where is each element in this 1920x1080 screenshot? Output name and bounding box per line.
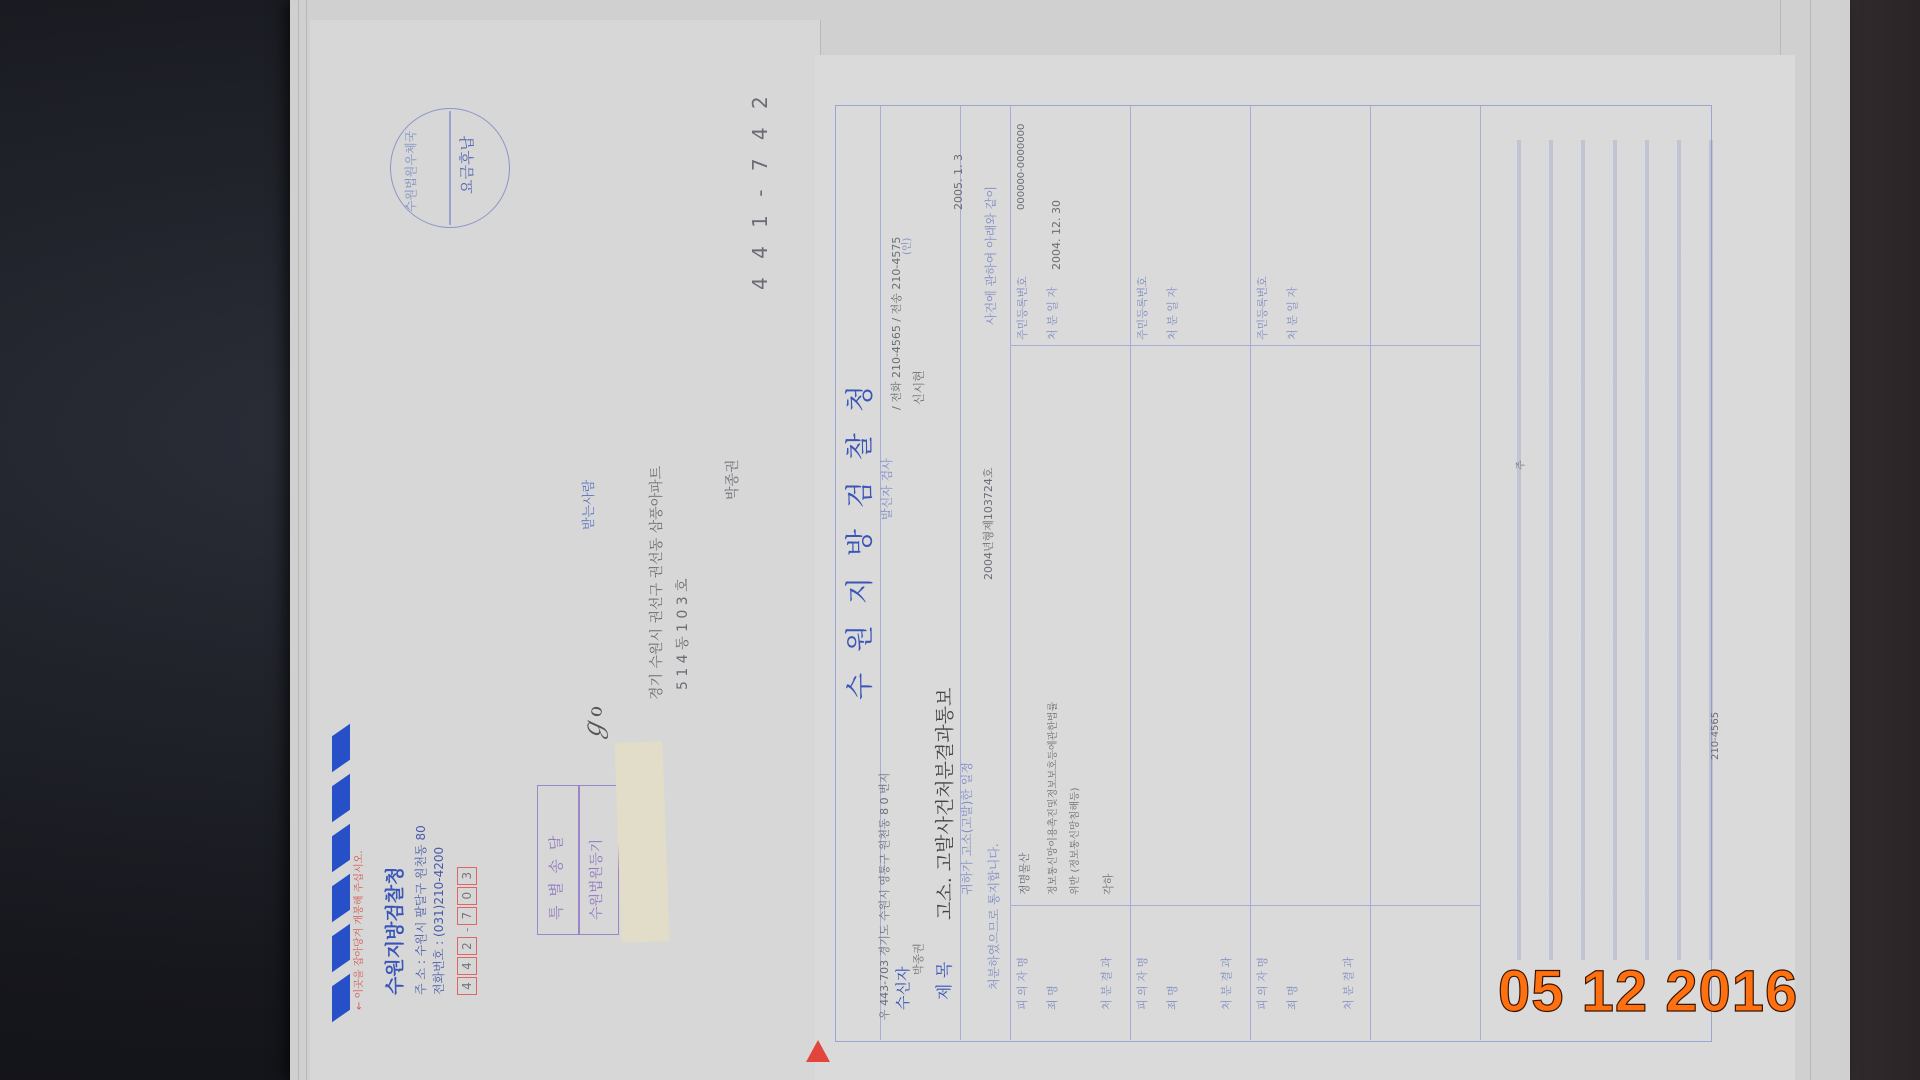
charge-label: 죄 명 [1044, 985, 1060, 1010]
subject-text: 고소. 고발사건처분결과통보 [930, 688, 957, 920]
notice-recipient-name: 박종권 [910, 943, 926, 975]
notice-sender-role: 발신자 검사 [878, 458, 895, 520]
official-seal: (인) [898, 238, 913, 255]
postage-stamp-office: 수원법원우체국 [402, 131, 419, 212]
postal-digit: 3 [457, 867, 477, 885]
disposal-date-label: 처 분 일 자 [1284, 287, 1300, 340]
barcode-sticker [615, 741, 670, 943]
intro-line: 귀하가 고소(고발)한 일정 [958, 762, 975, 895]
postal-digit: 4 [457, 977, 477, 995]
tear-instruction[interactable]: ← 이곳을 잡아당겨 개봉해 주십시오. [350, 850, 365, 1010]
disposal-date-label: 처 분 일 자 [1164, 287, 1180, 340]
recipient-postal-code: 4 4 1 - 7 4 2 [748, 90, 772, 290]
recipient-address-line2: 5 1 4 동 1 0 3 호 [672, 578, 692, 690]
disposal-date-label: 처 분 일 자 [1044, 287, 1060, 340]
result-value: 각하 [1100, 874, 1116, 895]
subject-label: 제 목 [930, 962, 955, 1000]
stamp-divider [449, 111, 451, 225]
handwritten-mark: ℊℴ [573, 705, 610, 743]
notice-phone-row: / 전화 210-4565 / 전송 210-4575 [888, 237, 904, 410]
sender-address-row: 주 소 : 수원시 팔달구 원천동 80 [412, 825, 429, 995]
registered-mail-label: 수원법원등기 [586, 839, 606, 920]
sender-postal-code: 442-703 [456, 865, 477, 995]
footer-notes [1495, 140, 1715, 960]
notice-statement: 처분하였으므로 통지합니다. [985, 843, 1002, 990]
recipient-address-line1: 경기 수원시 권선구 권선동 삼풍아파트 [646, 466, 666, 700]
form-rule [1010, 345, 1480, 346]
footer-mark: 주 [1512, 460, 1527, 470]
result-label: 처 분 결 과 [1098, 957, 1114, 1010]
form-rule [1370, 105, 1371, 1040]
sender-phone-label: 전화번호 : [432, 941, 446, 995]
resident-no-value: 000000-0000000 [1016, 124, 1027, 210]
case-phrase: 사건에 관하여 아래와 같이 [982, 186, 999, 325]
notice-date: 2005. 1. 3 [952, 154, 965, 210]
sender-phone: (031)210-4200 [432, 847, 446, 937]
stamp-divider [578, 786, 580, 934]
charge-value: 정보통신망이용촉진및정보보호등에관한법률 [1044, 702, 1059, 895]
fax-label: / 전송 [890, 293, 903, 321]
form-rule [1250, 105, 1251, 1040]
recipient-label: 받는사람 [578, 480, 597, 530]
sender-address: 수원시 팔달구 원천동 80 [414, 825, 428, 956]
notice-sender-name: 신시현 [910, 370, 927, 405]
red-corner-mark [806, 1040, 830, 1062]
paper-edge [306, 0, 307, 1080]
form-rule [1130, 105, 1131, 1040]
phone-value: 210-4565 [890, 325, 903, 378]
postal-digit: 7 [457, 907, 477, 925]
sender-name: 수원지방검찰청 [380, 867, 407, 995]
form-rule [1010, 105, 1011, 1040]
suspect-value: 정명물산 [1016, 852, 1032, 895]
postage-stamp-label: 요금후납 [456, 136, 477, 194]
result-label: 처 분 결 과 [1340, 957, 1356, 1010]
postal-digit: 4 [457, 957, 477, 975]
suspect-label: 피 의 자 명 [1134, 957, 1150, 1010]
sender-address-line: 우 443-703 경기도 수원시 영통구 원천동 8 0 번지 [876, 773, 892, 1020]
agency-title: 수 원 지 방 검 찰 청 [838, 379, 878, 700]
postal-dash: - [460, 928, 474, 932]
resident-no-label: 주민등록번호 [1134, 276, 1150, 340]
paper-edge [1810, 0, 1811, 1080]
form-rule [960, 105, 961, 1040]
charge-label: 죄 명 [1284, 985, 1300, 1010]
sender-address-label: 주 소 : [414, 960, 428, 995]
postal-digit: 0 [457, 887, 477, 905]
sender-phone-row: 전화번호 : (031)210-4200 [430, 847, 447, 995]
phone-label: / 전화 [890, 382, 903, 410]
charge-label: 죄 명 [1164, 985, 1180, 1010]
suspect-label: 피 의 자 명 [1014, 957, 1030, 1010]
footer-phone: 210-4565 [1710, 712, 1721, 760]
recipient-name: 박종권 [722, 459, 742, 500]
form-rule [1010, 905, 1480, 906]
resident-no-label: 주민등록번호 [1254, 276, 1270, 340]
form-rule [1480, 105, 1481, 1040]
charge-detail: 위반 (정보통신망침해등) [1066, 787, 1081, 895]
suspect-label: 피 의 자 명 [1254, 957, 1270, 1010]
paper-edge [298, 0, 299, 1080]
disposal-date-value: 2004. 12. 30 [1050, 200, 1063, 270]
result-label: 처 분 결 과 [1218, 957, 1234, 1010]
special-delivery-label: 특 별 송 달 [545, 834, 566, 920]
resident-no-label: 주민등록번호 [1014, 276, 1030, 340]
case-number: 2004년형제103724호 [980, 468, 996, 581]
postal-digit: 2 [457, 937, 477, 955]
camera-date-stamp: 05 12 2016 [1498, 958, 1798, 1025]
